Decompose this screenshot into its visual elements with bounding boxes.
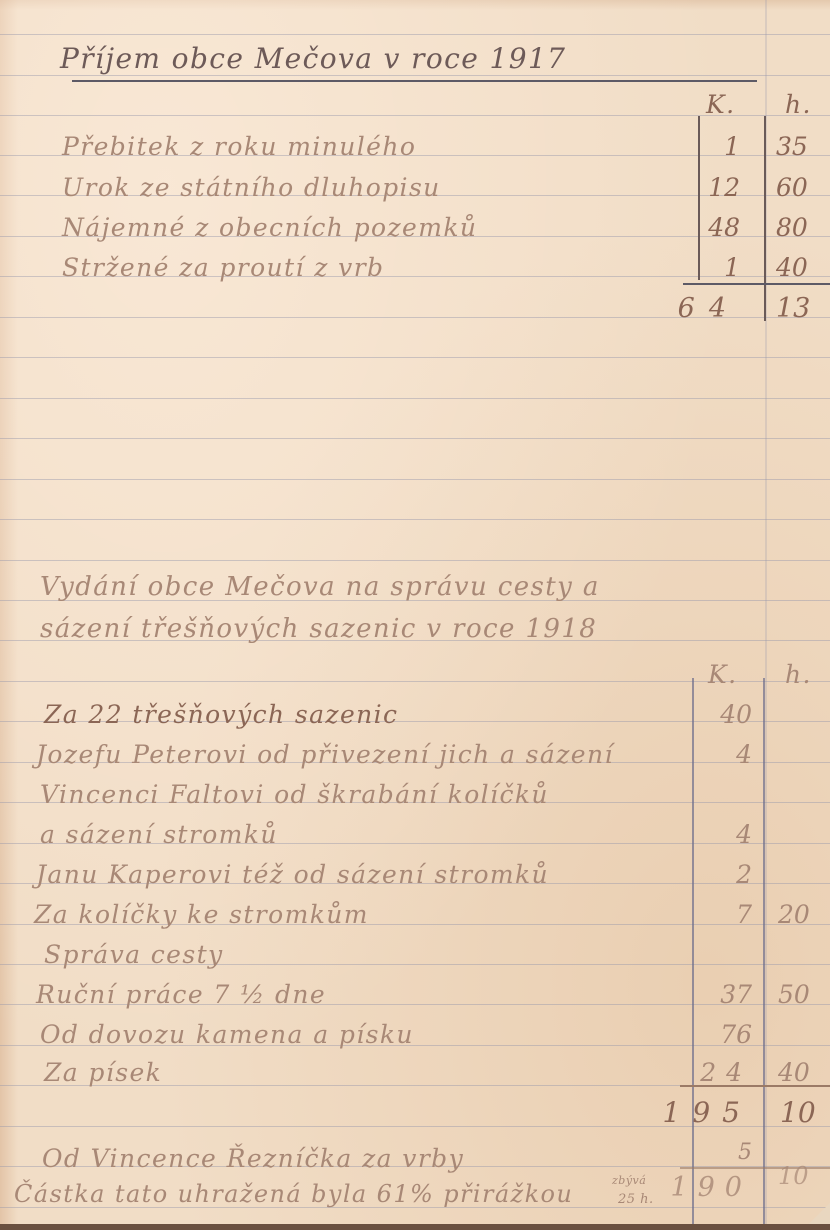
- expenses-title-line2: sázení třešňových sazenic v roce 1918: [40, 614, 597, 644]
- expense-row-h: 50: [778, 980, 810, 1009]
- ledger-page: Příjem obce Mečova v roce 1917 K. h. Pře…: [0, 0, 830, 1230]
- expense-row-label: Za kolíčky ke stromkům: [34, 900, 369, 929]
- expense-row-label: Jozefu Peterovi od přivezení jich a sáze…: [36, 740, 614, 769]
- expense-row-h: 20: [778, 900, 810, 929]
- expenses-sum-line: [680, 1085, 830, 1087]
- expense-row-label: Vincenci Faltovi od škrabání kolíčků: [40, 780, 549, 809]
- remainder-note-line2: 25 h.: [618, 1192, 654, 1207]
- remainder-note-line1: zbývá: [612, 1174, 646, 1187]
- expense-row-k: 7: [736, 900, 752, 929]
- income-row-k: 12: [708, 173, 740, 202]
- expense-row-label: Od dovozu kamena a písku: [40, 1020, 414, 1049]
- income-col-divider-right: [764, 116, 766, 321]
- expenses-total-k: 195: [663, 1096, 752, 1129]
- income-row-h: 35: [776, 132, 808, 161]
- expenses-col-divider-left: [692, 678, 694, 1230]
- expense-row-k: 37: [720, 980, 752, 1009]
- rule-line: [0, 681, 830, 682]
- deduction-label: Od Vincence Řezníčka za vrby: [42, 1144, 464, 1173]
- expenses-col-koruny: K.: [708, 660, 737, 689]
- rule-line: [0, 357, 830, 358]
- expense-row-k: 4: [736, 820, 752, 849]
- rule-line: [0, 519, 830, 520]
- income-title-underline: [72, 80, 757, 82]
- expenses-col-haler: h.: [785, 660, 812, 689]
- rule-line: [0, 560, 830, 561]
- rule-line: [0, 479, 830, 480]
- income-row-k: 1: [724, 132, 740, 161]
- expenses-total-h: 10: [780, 1096, 816, 1129]
- expense-row-label: Za 22 třešňových sazenic: [44, 700, 398, 729]
- expense-row-label: Správa cesty: [44, 940, 224, 969]
- income-total-h: 13: [776, 293, 810, 324]
- income-row-h: 60: [776, 173, 808, 202]
- expense-row-label: Janu Kaperovi též od sázení stromků: [36, 860, 549, 889]
- balance-h: 10: [778, 1162, 809, 1190]
- rule-line: [0, 34, 830, 35]
- income-col-divider-left: [698, 116, 700, 280]
- income-col-haler: h.: [785, 90, 812, 119]
- expenses-col-divider-right: [763, 678, 765, 1230]
- expense-row-k: 40: [720, 700, 752, 729]
- expenses-title-line1: Vydání obce Mečova na správu cesty a: [40, 572, 600, 602]
- rule-line: [0, 438, 830, 439]
- expense-row-h: 40: [778, 1058, 810, 1087]
- balance-label: Částka tato uhražená byla 61% přirážkou: [14, 1180, 573, 1208]
- income-row-k: 48: [708, 213, 740, 242]
- income-row-label: Stržené za proutí z vrb: [62, 253, 384, 282]
- deduction-k: 5: [738, 1140, 752, 1165]
- balance-k: 190: [670, 1172, 752, 1203]
- income-row-h: 80: [776, 213, 808, 242]
- income-total-k: 64: [678, 293, 740, 324]
- income-row-h: 40: [776, 253, 808, 282]
- rule-line: [0, 75, 830, 76]
- expense-row-k: 2: [736, 860, 752, 889]
- expense-row-label: Za písek: [44, 1058, 162, 1087]
- expense-row-k: 76: [720, 1020, 752, 1049]
- book-bottom-edge: [0, 1224, 830, 1230]
- income-col-koruny: K.: [706, 90, 735, 119]
- expense-row-label: a sázení stromků: [40, 820, 278, 849]
- income-row-label: Urok ze státního dluhopisu: [62, 173, 441, 202]
- income-sum-line: [683, 283, 830, 285]
- rule-line: [0, 398, 830, 399]
- expense-row-label: Ruční práce 7 ½ dne: [36, 980, 326, 1009]
- income-row-label: Nájemné z obecních pozemků: [62, 213, 477, 242]
- expense-row-k: 4: [736, 740, 752, 769]
- income-title: Příjem obce Mečova v roce 1917: [60, 42, 566, 75]
- income-row-k: 1: [724, 253, 740, 282]
- income-row-label: Přebitek z roku minulého: [62, 132, 416, 161]
- expense-row-k: 24: [700, 1058, 752, 1087]
